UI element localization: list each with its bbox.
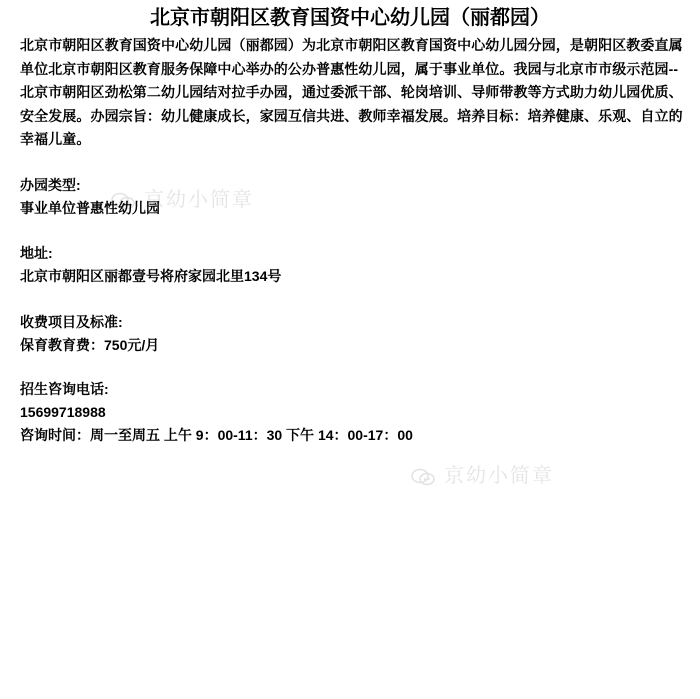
watermark-text: 京幼小简章: [444, 463, 554, 487]
intro-paragraph: 北京市朝阳区教育国资中心幼儿园（丽都园）为北京市朝阳区教育国资中心幼儿园分园，是…: [20, 34, 684, 152]
type-value: 事业单位普惠性幼儿园: [20, 197, 160, 220]
watermark: 京幼小简章: [410, 459, 554, 488]
phone-number: 15699718988: [20, 401, 413, 424]
fees-label: 收费项目及标准:: [20, 311, 159, 334]
fees-value: 保育教育费：750元/月: [20, 334, 159, 357]
section-kindergarten-type: 办园类型: 事业单位普惠性幼儿园: [20, 174, 160, 220]
contact-label: 招生咨询电话:: [20, 378, 413, 401]
address-label: 地址:: [20, 242, 281, 265]
watermark-text: 京幼小简章: [144, 187, 254, 211]
section-fees: 收费项目及标准: 保育教育费：750元/月: [20, 311, 159, 357]
section-address: 地址: 北京市朝阳区丽都壹号将府家园北里134号: [20, 242, 281, 288]
address-value: 北京市朝阳区丽都壹号将府家园北里134号: [20, 265, 281, 288]
type-label: 办园类型:: [20, 174, 160, 197]
wechat-logo-icon: [410, 467, 436, 487]
section-contact: 招生咨询电话: 15699718988 咨询时间：周一至周五 上午 9：00-1…: [20, 378, 413, 447]
page-title: 北京市朝阳区教育国资中心幼儿园（丽都园）: [0, 5, 700, 31]
consult-hours: 咨询时间：周一至周五 上午 9：00-11：30 下午 14：00-17：00: [20, 424, 413, 447]
